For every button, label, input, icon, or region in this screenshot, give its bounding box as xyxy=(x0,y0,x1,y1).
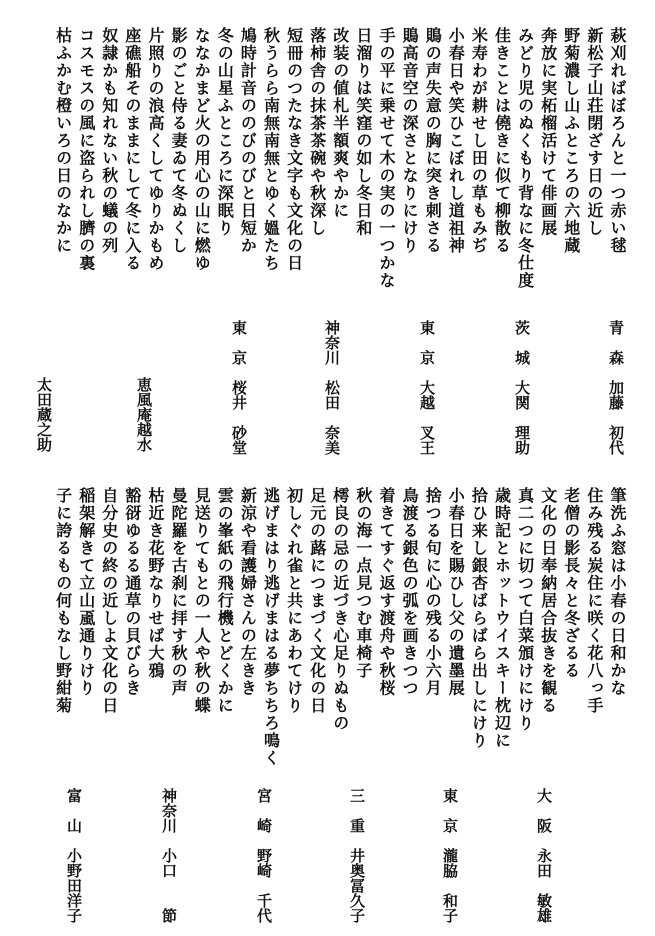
haiku-line: 小春日や笑ひこぼれし道祖神 xyxy=(447,27,463,255)
haiku-line: 奔放に実柘榴活けて俳画展 xyxy=(540,27,556,237)
haiku-line: 片照りの浪高くしてゆりかもめ xyxy=(147,27,163,272)
author-prefecture: 東 京 xyxy=(442,788,457,833)
haiku-line: 見送りてもとの一人や秋の蝶 xyxy=(193,487,209,715)
haiku-line: 捨つる句に心の残る小六月 xyxy=(424,487,440,697)
author-prefecture: 東 京 xyxy=(419,320,434,365)
haiku-line: 住み残る炭住に咲く花八っ手 xyxy=(586,487,602,715)
haiku-line: 秋の海一点見つむ車椅子 xyxy=(355,487,371,680)
haiku-line: 奴隷かも知れない秋の蟻の列 xyxy=(101,27,117,255)
author-name: 野崎 千代 xyxy=(256,848,271,923)
haiku-page: 萩刈ればぼろんと一つ赤い毬新松子山荘閉ざす日の近し野菊濃し山ふところの六地蔵奔放… xyxy=(0,0,655,936)
author-prefecture: 大 阪 xyxy=(536,788,551,833)
haiku-line: 雲の峯紙の飛行機とどくかに xyxy=(216,487,232,715)
haiku-line: 樗良の忌の近づき心足りぬもの xyxy=(332,487,348,732)
haiku-line: 影のごと侍る妻ゐて冬ぬくし xyxy=(170,27,186,255)
haiku-line: 着きてすぐ返す渡舟や秋桜 xyxy=(378,487,394,697)
haiku-line: 逃げまはり逃げまはる夢ちちろ鳴く xyxy=(263,487,279,767)
author-prefecture: 東 京 xyxy=(231,320,246,365)
haiku-line: 初しぐれ雀と共にあわてけり xyxy=(286,487,302,715)
author-prefecture: 富 山 xyxy=(66,788,81,833)
author-name: 大越 叉王 xyxy=(419,380,434,455)
author-name: 瀧脇 和子 xyxy=(442,848,457,923)
author-name: 松田 奈美 xyxy=(324,380,339,455)
haiku-line: 鵙の声失意の胸に突き刺さる xyxy=(424,27,440,255)
haiku-line: 新涼や看護婦さんの左きき xyxy=(239,487,255,697)
author-name: 永田 敏雄 xyxy=(536,848,551,923)
haiku-line: 鳩時計音ののびのびと日短か xyxy=(239,27,255,255)
author-prefecture: 宮 崎 xyxy=(256,788,271,833)
haiku-line: 拾ひ来し銀杏ばらばら出しにけり xyxy=(470,487,486,750)
haiku-line: 歳時記とホットウイスキー枕辺に xyxy=(494,487,510,750)
haiku-line: 枯近き花野なりせば大鴉 xyxy=(147,487,163,680)
haiku-line: 座礁船そのままにして冬に入る xyxy=(124,27,140,272)
haiku-line: ななかまど火の用心の山に燃ゆ xyxy=(193,27,209,272)
author-prefecture: 神奈川 xyxy=(161,788,176,833)
haiku-line: みどり児のぬくもり背なに冬仕度 xyxy=(517,27,533,290)
author-name: 恵風庵越水 xyxy=(136,377,151,452)
author-name: 井奥冨久子 xyxy=(349,848,364,923)
author-name: 小口 節 xyxy=(161,848,176,923)
haiku-line: 稲架解きて立山颪通りけり xyxy=(78,487,94,697)
haiku-line: 改装の値札半額爽やかに xyxy=(332,27,348,220)
haiku-line: 手の平に乗せて木の実の一つかな xyxy=(378,27,394,290)
author-name: 加藤 初代 xyxy=(608,380,623,455)
author-prefecture: 青 森 xyxy=(608,320,623,365)
haiku-line: 子に誇るもの何もなし野紺菊 xyxy=(55,487,71,715)
author-name: 桜井 砂堂 xyxy=(231,380,246,455)
haiku-line: 枯ふかむ橙いろの日のなかに xyxy=(55,27,71,255)
haiku-line: 豁谺ゆるる通草の貝びらき xyxy=(124,487,140,697)
haiku-line: 鳥渡る銀色の弧を画きつつ xyxy=(401,487,417,697)
author-prefecture: 茨 城 xyxy=(514,320,529,365)
author-name: 小野田洋子 xyxy=(66,848,81,923)
haiku-line: 米寿わが耕せし田の草もみぢ xyxy=(470,27,486,255)
haiku-line: 文化の日奉納居合抜きを観る xyxy=(540,487,556,715)
haiku-line: 鵙高音空の深さとなりにけり xyxy=(401,27,417,255)
author-name: 太田蔵之助 xyxy=(36,377,51,452)
haiku-line: 真二つに切つて白菜頒けにけり xyxy=(517,487,533,732)
haiku-line: 筆洗ふ窓は小春の日和かな xyxy=(609,487,625,697)
haiku-line: コスモスの風に盗られし臍の裏 xyxy=(78,27,94,272)
haiku-line: 自分史の終の近しよ文化の日 xyxy=(101,487,117,715)
author-prefecture: 三 重 xyxy=(349,788,364,833)
haiku-line: 曼陀羅を古刹に拝す秋の声 xyxy=(170,487,186,697)
haiku-line: 日溜りは笑窪の如し冬日和 xyxy=(355,27,371,237)
haiku-line: 老僧の影長々と冬ざるる xyxy=(563,487,579,680)
haiku-line: 秋うらら南無南無とゆく媼たち xyxy=(263,27,279,272)
haiku-line: 落柿舎の抹茶茶碗や秋深し xyxy=(309,27,325,237)
author-prefecture: 神奈川 xyxy=(324,320,339,365)
haiku-line: 小春日を賜ひし父の遺墨展 xyxy=(447,487,463,697)
haiku-line: 足元の蕗につまづく文化の日 xyxy=(309,487,325,715)
haiku-line: 佳きことは僥きに似て柳散る xyxy=(494,27,510,255)
haiku-line: 短冊のつたなき文字も文化の日 xyxy=(286,27,302,272)
haiku-line: 新松子山荘閉ざす日の近し xyxy=(586,27,602,237)
haiku-line: 野菊濃し山ふところの六地蔵 xyxy=(563,27,579,255)
haiku-line: 萩刈ればぼろんと一つ赤い毬 xyxy=(609,27,625,255)
author-name: 大関 理助 xyxy=(514,380,529,455)
haiku-line: 冬の山星ふところに深眠り xyxy=(216,27,232,237)
